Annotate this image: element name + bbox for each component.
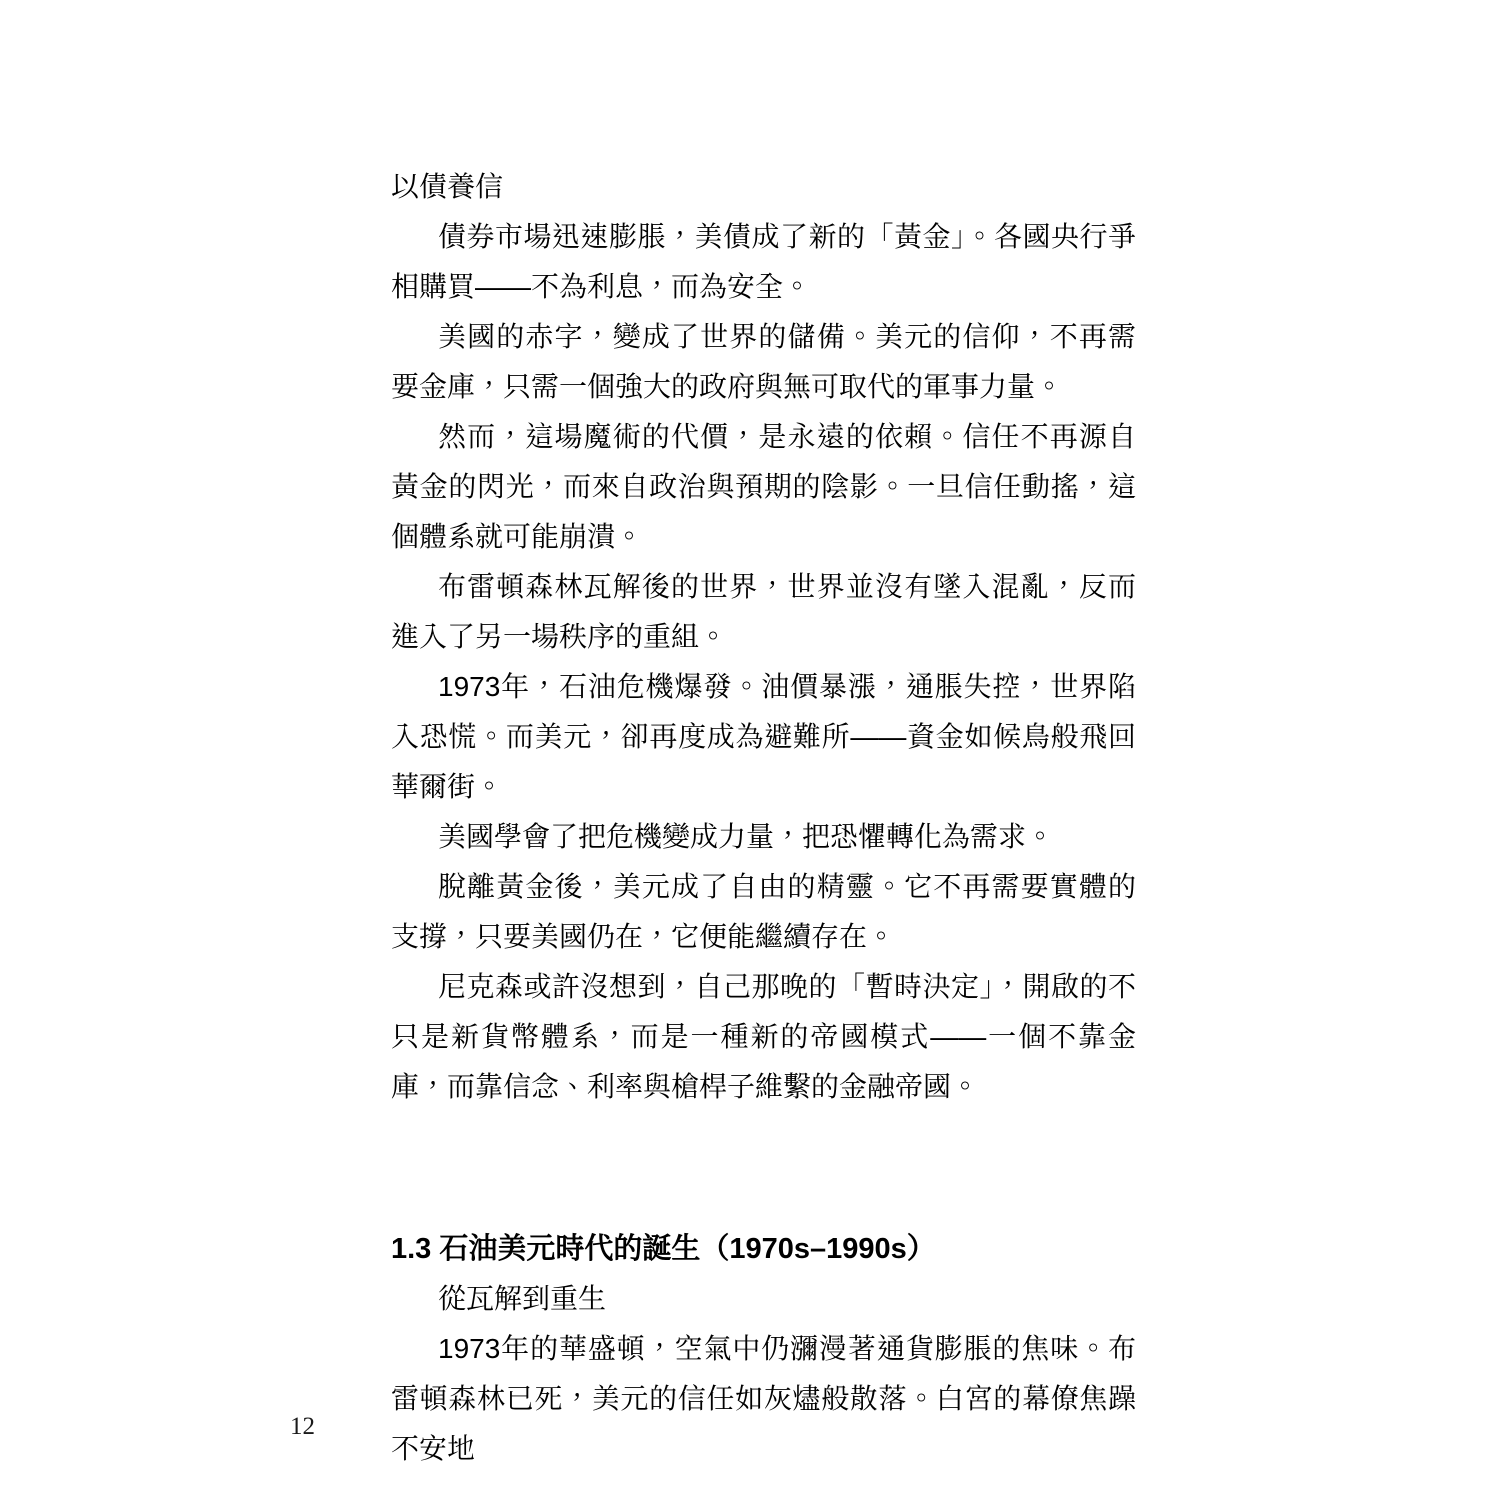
section-label: 以債養信 [391, 162, 1136, 212]
paragraph: 1973年的華盛頓，空氣中仍瀰漫著通貨膨脹的焦味。布雷頓森林已死，美元的信任如灰… [391, 1324, 1136, 1474]
paragraph: 債券市場迅速膨脹，美債成了新的「黃金」。各國央行爭相購買——不為利息，而為安全。 [391, 212, 1136, 312]
chapter-heading: 1.3 石油美元時代的誕生（1970s–1990s） [391, 1224, 1136, 1274]
paragraph: 然而，這場魔術的代價，是永遠的依賴。信任不再源自黃金的閃光，而來自政治與預期的陰… [391, 412, 1136, 562]
paragraph: 尼克森或許沒想到，自己那晚的「暫時決定」，開啟的不只是新貨幣體系，而是一種新的帝… [391, 962, 1136, 1112]
paragraph: 美國學會了把危機變成力量，把恐懼轉化為需求。 [391, 812, 1136, 862]
subsection-label: 從瓦解到重生 [391, 1274, 1136, 1324]
text-content: 以債養信 債券市場迅速膨脹，美債成了新的「黃金」。各國央行爭相購買——不為利息，… [391, 162, 1136, 1474]
paragraph: 美國的赤字，變成了世界的儲備。美元的信仰，不再需要金庫，只需一個強大的政府與無可… [391, 312, 1136, 412]
paragraph: 1973年，石油危機爆發。油價暴漲，通脹失控，世界陷入恐慌。而美元，卻再度成為避… [391, 662, 1136, 812]
page-number: 12 [290, 1412, 315, 1442]
paragraph: 布雷頓森林瓦解後的世界，世界並沒有墜入混亂，反而進入了另一場秩序的重組。 [391, 562, 1136, 662]
book-page: 以債養信 債券市場迅速膨脹，美債成了新的「黃金」。各國央行爭相購買——不為利息，… [0, 0, 1500, 1500]
paragraph: 脫離黃金後，美元成了自由的精靈。它不再需要實體的支撐，只要美國仍在，它便能繼續存… [391, 862, 1136, 962]
